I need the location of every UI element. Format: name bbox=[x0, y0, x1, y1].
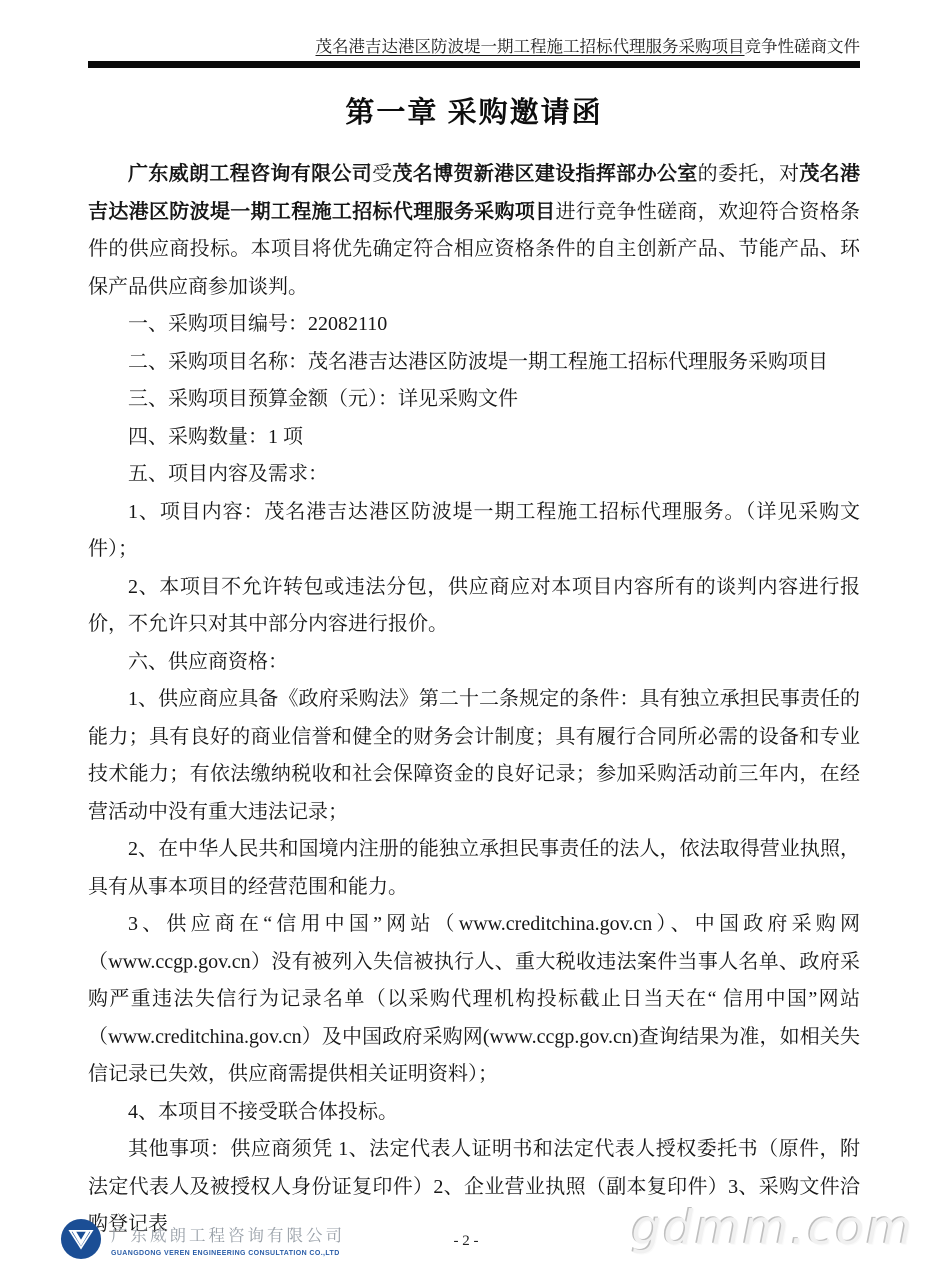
paragraph-qualification-item4: 4、本项目不接受联合体投标。 bbox=[88, 1094, 860, 1132]
page-number: - 2 - bbox=[454, 1233, 479, 1250]
intro-text: 的委托，对 bbox=[698, 163, 800, 185]
header-doc-type: 竞争性磋商文件 bbox=[745, 37, 861, 56]
intro-agency-name: 广东威朗工程咨询有限公司 bbox=[128, 163, 372, 185]
header-project-title: 茂名港吉达港区防波堤一期工程施工招标代理服务采购项目 bbox=[316, 37, 745, 56]
paragraph-budget: 三、采购项目预算金额（元）：详见采购文件 bbox=[88, 381, 860, 419]
veren-logo-icon bbox=[60, 1218, 102, 1260]
paragraph-qualification-item2: 2、在中华人民共和国境内注册的能独立承担民事责任的法人，依法取得营业执照，具有从… bbox=[88, 831, 860, 906]
company-name-cn: 广东威朗工程咨询有限公司 bbox=[111, 1222, 345, 1246]
company-name-block: 广东威朗工程咨询有限公司 GUANGDONG VEREN ENGINEERING… bbox=[111, 1222, 345, 1257]
paragraph-qualification-item1: 1、供应商应具备《政府采购法》第二十二条规定的条件：具有独立承担民事责任的能力；… bbox=[88, 681, 860, 831]
intro-purchaser-name: 茂名博贺新港区建设指挥部办公室 bbox=[392, 163, 697, 185]
intro-paragraph: 广东威朗工程咨询有限公司受茂名博贺新港区建设指挥部办公室的委托，对茂名港吉达港区… bbox=[88, 156, 860, 306]
document-header: 茂名港吉达港区防波堤一期工程施工招标代理服务采购项目竞争性磋商文件 bbox=[88, 36, 860, 57]
paragraph-content-item2: 2、本项目不允许转包或违法分包，供应商应对本项目内容所有的谈判内容进行报价，不允… bbox=[88, 569, 860, 644]
document-page: 茂名港吉达港区防波堤一期工程施工招标代理服务采购项目竞争性磋商文件 第一章 采购… bbox=[0, 0, 932, 1280]
document-body: 广东威朗工程咨询有限公司受茂名博贺新港区建设指挥部办公室的委托，对茂名港吉达港区… bbox=[88, 156, 860, 1244]
paragraph-content-item1: 1、项目内容：茂名港吉达港区防波堤一期工程施工招标代理服务。（详见采购文件）； bbox=[88, 494, 860, 569]
footer-company-logo: 广东威朗工程咨询有限公司 GUANGDONG VEREN ENGINEERING… bbox=[60, 1218, 345, 1260]
paragraph-project-number: 一、采购项目编号：22082110 bbox=[88, 306, 860, 344]
paragraph-quantity: 四、采购数量：1 项 bbox=[88, 419, 860, 457]
intro-text: 受 bbox=[372, 163, 392, 185]
paragraph-content-heading: 五、项目内容及需求： bbox=[88, 456, 860, 494]
company-name-en: GUANGDONG VEREN ENGINEERING CONSULTATION… bbox=[111, 1250, 345, 1257]
header-double-rule bbox=[88, 61, 860, 68]
paragraph-project-name: 二、采购项目名称：茂名港吉达港区防波堤一期工程施工招标代理服务采购项目 bbox=[88, 344, 860, 382]
paragraph-qualification-item3: 3、供应商在“信用中国”网站（www.creditchina.gov.cn）、中… bbox=[88, 906, 860, 1094]
paragraph-qualification-heading: 六、供应商资格： bbox=[88, 644, 860, 682]
page-title: 第一章 采购邀请函 bbox=[88, 90, 860, 131]
